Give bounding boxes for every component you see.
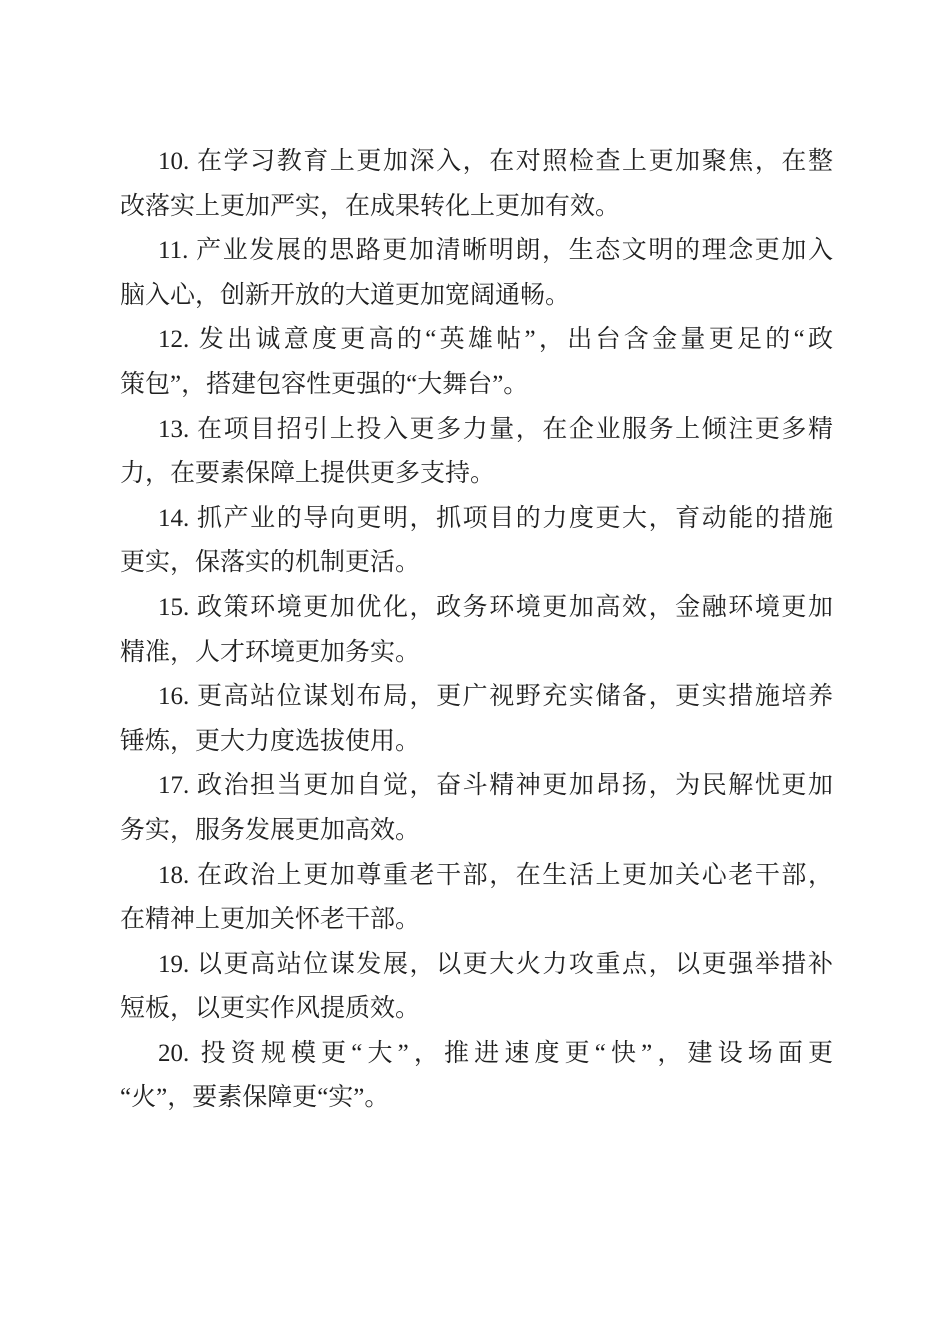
list-item-15: 15. 政策环境更加优化，政务环境更加高效，金融环境更加 精准，人才环境更加务实…	[120, 586, 833, 675]
list-item-20: 20. 投资规模更“大”，推进速度更“快”，建设场面更 “火”，要素保障更“实”…	[120, 1032, 833, 1121]
list-item-16-line-2: 锤炼，更大力度选拔使用。	[120, 720, 833, 765]
list-item-10-line-1: 10. 在学习教育上更加深入，在对照检查上更加聚焦，在整	[120, 140, 833, 185]
list-item-10-line-2: 改落实上更加严实，在成果转化上更加有效。	[120, 185, 833, 230]
list-item-18-line-2: 在精神上更加关怀老干部。	[120, 898, 833, 943]
list-item-10: 10. 在学习教育上更加深入，在对照检查上更加聚焦，在整 改落实上更加严实，在成…	[120, 140, 833, 229]
list-item-18: 18. 在政治上更加尊重老干部，在生活上更加关心老干部， 在精神上更加关怀老干部…	[120, 854, 833, 943]
list-item-16-line-1: 16. 更高站位谋划布局，更广视野充实储备，更实措施培养	[120, 675, 833, 720]
list-item-17-line-2: 务实，服务发展更加高效。	[120, 809, 833, 854]
list-item-12: 12. 发出诚意度更高的“英雄帖”，出台含金量更足的“政 策包”，搭建包容性更强…	[120, 318, 833, 407]
list-item-14-line-1: 14. 抓产业的导向更明，抓项目的力度更大，育动能的措施	[120, 497, 833, 542]
list-item-12-line-1: 12. 发出诚意度更高的“英雄帖”，出台含金量更足的“政	[120, 318, 833, 363]
list-item-20-line-1: 20. 投资规模更“大”，推进速度更“快”，建设场面更	[120, 1032, 833, 1077]
list-item-14: 14. 抓产业的导向更明，抓项目的力度更大，育动能的措施 更实，保落实的机制更活…	[120, 497, 833, 586]
list-item-13-line-1: 13. 在项目招引上投入更多力量，在企业服务上倾注更多精	[120, 408, 833, 453]
list-item-19-line-1: 19. 以更高站位谋发展，以更大火力攻重点，以更强举措补	[120, 943, 833, 988]
list-item-20-line-2: “火”，要素保障更“实”。	[120, 1076, 833, 1121]
list-item-11-line-2: 脑入心，创新开放的大道更加宽阔通畅。	[120, 274, 833, 319]
list-item-12-line-2: 策包”，搭建包容性更强的“大舞台”。	[120, 363, 833, 408]
list-item-19: 19. 以更高站位谋发展，以更大火力攻重点，以更强举措补 短板，以更实作风提质效…	[120, 943, 833, 1032]
list-item-13-line-2: 力，在要素保障上提供更多支持。	[120, 452, 833, 497]
document-body: 10. 在学习教育上更加深入，在对照检查上更加聚焦，在整 改落实上更加严实，在成…	[120, 140, 833, 1121]
list-item-15-line-1: 15. 政策环境更加优化，政务环境更加高效，金融环境更加	[120, 586, 833, 631]
list-item-19-line-2: 短板，以更实作风提质效。	[120, 987, 833, 1032]
list-item-11: 11. 产业发展的思路更加清晰明朗，生态文明的理念更加入 脑入心，创新开放的大道…	[120, 229, 833, 318]
list-item-11-line-1: 11. 产业发展的思路更加清晰明朗，生态文明的理念更加入	[120, 229, 833, 274]
list-item-17: 17. 政治担当更加自觉，奋斗精神更加昂扬，为民解忧更加 务实，服务发展更加高效…	[120, 764, 833, 853]
list-item-18-line-1: 18. 在政治上更加尊重老干部，在生活上更加关心老干部，	[120, 854, 833, 899]
list-item-15-line-2: 精准，人才环境更加务实。	[120, 631, 833, 676]
list-item-14-line-2: 更实，保落实的机制更活。	[120, 541, 833, 586]
document-page: 10. 在学习教育上更加深入，在对照检查上更加聚焦，在整 改落实上更加严实，在成…	[0, 0, 950, 1344]
list-item-13: 13. 在项目招引上投入更多力量，在企业服务上倾注更多精 力，在要素保障上提供更…	[120, 408, 833, 497]
list-item-16: 16. 更高站位谋划布局，更广视野充实储备，更实措施培养 锤炼，更大力度选拔使用…	[120, 675, 833, 764]
list-item-17-line-1: 17. 政治担当更加自觉，奋斗精神更加昂扬，为民解忧更加	[120, 764, 833, 809]
